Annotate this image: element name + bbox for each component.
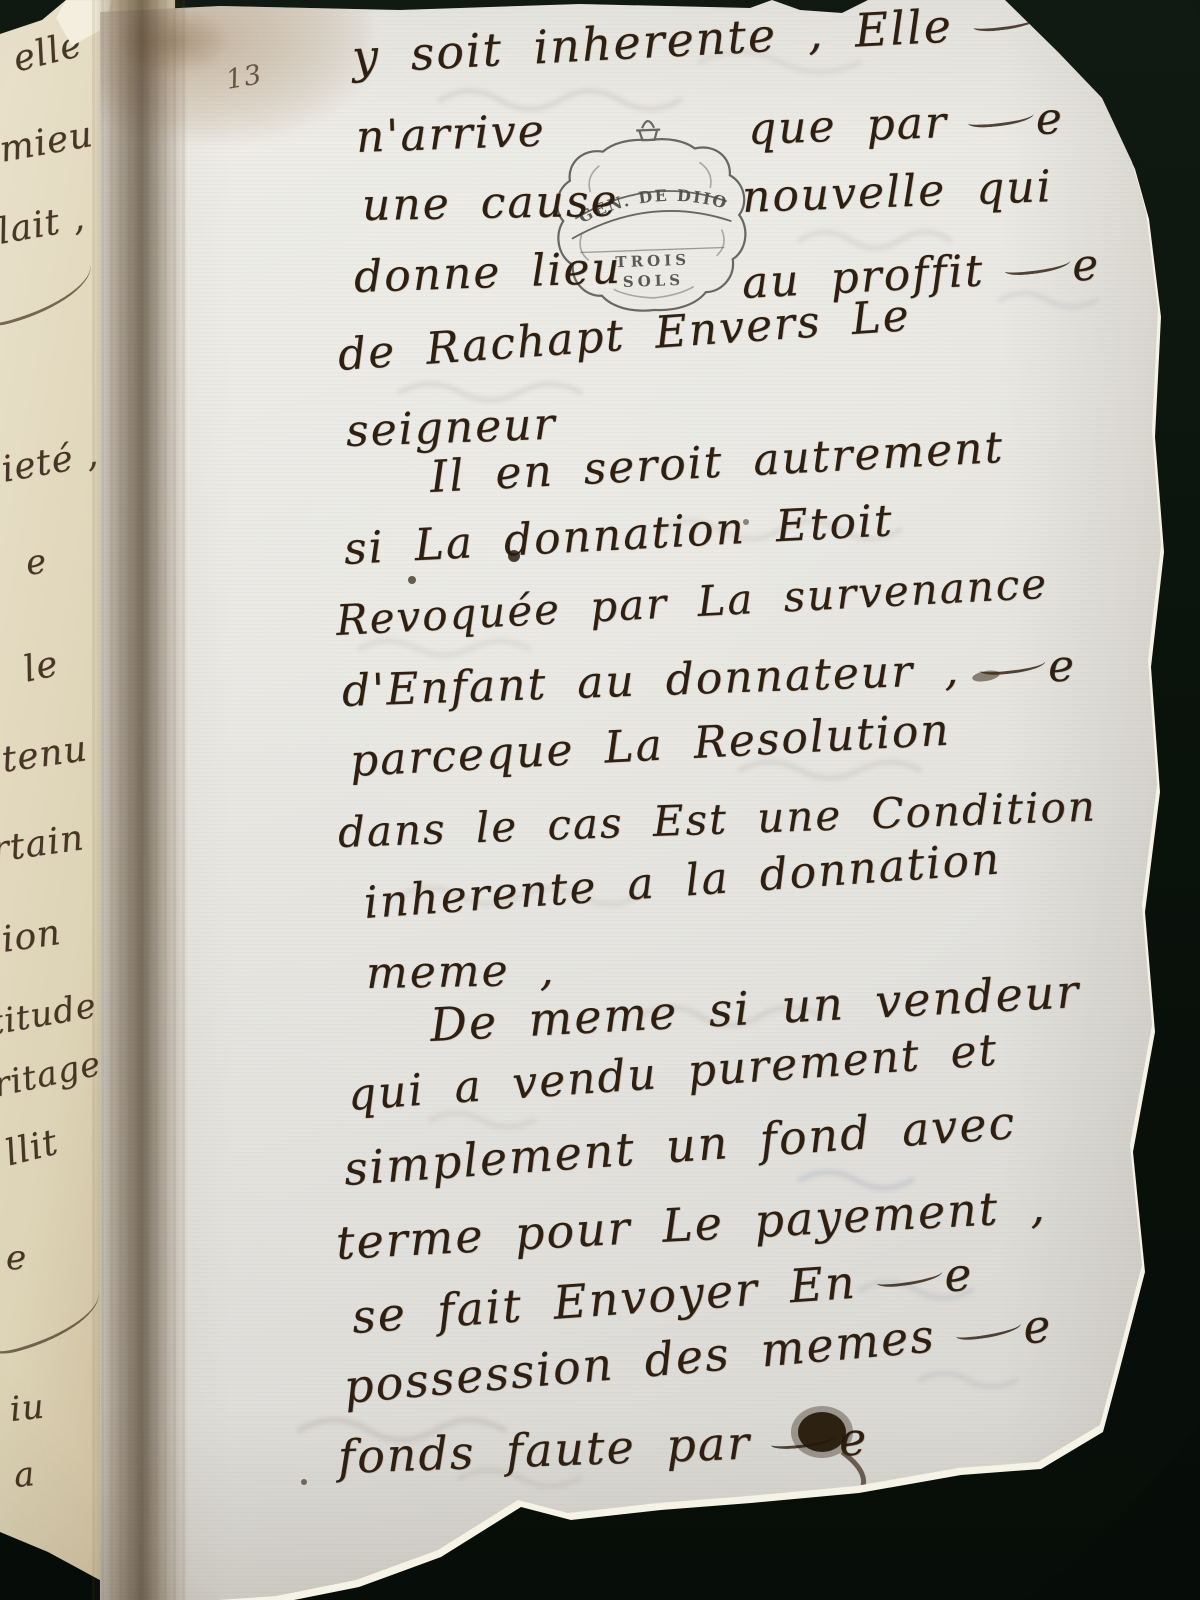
left-page-text-fragment: lait , [0,197,88,253]
left-page-text-fragment: titude [0,986,100,1044]
line-filler-flourish [954,1318,1021,1342]
line-filler-flourish [979,656,1046,677]
line-text: si La donnation Etoit [343,495,895,575]
pen-stroke-fragment [0,252,100,330]
line-text: parceque La Resolution [349,705,952,787]
line-text: nouvelle qui [741,161,1053,223]
left-page-text-fragment: a [12,1454,37,1496]
flourish-e: e [1047,640,1077,692]
manuscript-line: n'arrive [355,105,546,163]
line-text: Revoquée par La survenance [335,559,1049,645]
manuscript-line: nouvelle qui [741,161,1053,223]
manuscript-line: de Rachapt Envers Le [336,290,912,381]
flourish-e: e [838,1412,869,1467]
line-filler-flourish [972,11,1039,33]
manuscript-line: y soit inherente , Ellee [351,0,1072,84]
manuscript-line: meme , [366,945,556,999]
left-page-text-fragment: e [23,541,49,584]
left-page-text-fragment: ion [0,912,64,961]
left-page-text-fragment: ieté , [0,433,102,490]
line-text: n'arrive [355,105,546,163]
left-page-text-fragment: e [6,1238,27,1278]
flourish-e: e [1039,0,1071,48]
left-page-text-fragment: le [20,643,63,690]
line-text: fonds faute par [337,1416,752,1484]
line-filler-flourish [1003,255,1070,277]
left-page-text-fragment: mieu [0,114,96,171]
manuscript-line: d'Enfant au donnateur ,e [341,640,1077,717]
line-filler-flourish [770,1430,837,1451]
flourish-e: e [1071,239,1102,291]
line-text: de Rachapt Envers Le [336,290,912,381]
manuscript-line: si La donnation Etoit [343,495,895,575]
left-page-text-fragment: iu [8,1386,47,1429]
line-filler-flourish [876,1266,943,1289]
flourish-e: e [942,1247,975,1303]
line-text: une cause [362,176,619,231]
line-text: que par [747,97,949,155]
left-page-text-fragment: rtain [0,817,87,871]
manuscript-line: donne lieu [353,243,623,303]
manuscript-line: Revoquée par La survenance [335,559,1049,645]
left-page-text-fragment: ritage [0,1044,105,1106]
line-text: y soit inherente , Elle [351,0,955,84]
photo-of-manuscript: ellemieulait ,ieté ,eletenurtainiontitud… [0,0,1200,1600]
line-text: donne lieu [353,243,623,303]
manuscript-text: y soit inherente , Elleen'arriveque pare… [100,0,1200,1600]
manuscript-page: GEN. DE DIION TROIS SOLS 13 y soit inher… [100,0,1200,1600]
left-page-text-fragment: tenu [0,728,90,781]
manuscript-line: fonds faute pare [337,1412,869,1484]
line-filler-flourish [967,108,1034,129]
manuscript-line: que pare [747,93,1065,155]
manuscript-line: une cause [362,176,619,231]
pen-stroke-fragment [0,1280,108,1358]
manuscript-line: parceque La Resolution [349,705,952,787]
flourish-e: e [1035,93,1065,145]
line-text: d'Enfant au donnateur , [341,644,961,717]
left-page-text-fragment: llit [1,1122,62,1175]
line-text: meme , [366,945,556,999]
flourish-e: e [1021,1298,1055,1354]
